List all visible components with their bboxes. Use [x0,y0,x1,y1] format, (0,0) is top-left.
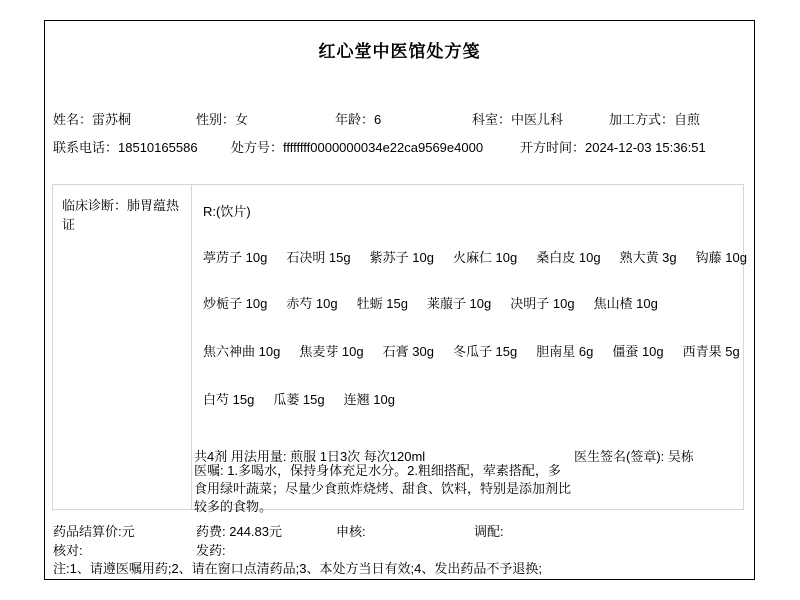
settle-price-label: 药品结算价: [53,524,122,539]
dispense-field: 发药: [196,540,226,559]
phone-label: 联系电话： [53,140,118,155]
processing-method: 加工方式：自煎 [609,109,700,128]
medicine-fee: 药费: 244.83元 [196,521,282,540]
medicine-line-1: 葶苈子 10g石决明 15g紫苏子 10g火麻仁 10g桑白皮 10g熟大黄 3… [203,247,766,266]
dispense-label: 发药: [196,543,226,558]
medicine-item: 石决明 15g [286,247,350,266]
processing-method-value: 自煎 [674,112,700,127]
patient-name-value: 雷苏桐 [92,112,131,127]
doctor-signature: 医生签名(签章): 吴栋 [574,446,694,465]
settle-price-value: 元 [122,524,135,539]
department: 科室：中医儿科 [472,109,563,128]
medicine-item: 莱菔子 10g [427,293,491,312]
medicine-fee-value: 244.83元 [226,524,282,539]
medicine-line-3: 焦六神曲 10g焦麦芽 10g石膏 30g冬瓜子 15g胆南星 6g僵蚕 10g… [203,341,759,360]
medicine-item: 焦六神曲 10g [203,341,280,360]
medicine-item: 连翘 10g [344,389,395,408]
patient-gender: 性别：女 [196,109,248,128]
prescription-number: 处方号：ffffffff0000000034e22ca9569e4000 [231,137,483,156]
doctor-signature-value: 吴栋 [668,449,694,464]
patient-age: 年龄：6 [335,109,381,128]
compound-field: 调配: [474,521,504,540]
table-column-divider [191,185,192,509]
patient-name: 姓名：雷苏桐 [53,109,131,128]
prescription-sheet: 红心堂中医馆处方笺 姓名：雷苏桐 性别：女 年龄：6 科室：中医儿科 加工方式：… [44,20,755,580]
clinical-diagnosis-label: 临床诊断： [62,198,127,213]
prescription-number-label: 处方号： [231,140,283,155]
review-label: 申核: [336,524,366,539]
prescription-table: 临床诊断：肺胃蕴热证 R:(饮片) 葶苈子 10g石决明 15g紫苏子 10g火… [52,184,744,510]
medicine-item: 白芍 15g [203,389,254,408]
clinical-diagnosis: 临床诊断：肺胃蕴热证 [62,197,184,235]
page-title: 红心堂中医馆处方笺 [45,37,754,62]
footer-notes: 注:1、请遵医嘱用药;2、请在窗口点清药品;3、本处方当日有效;4、发出药品不予… [53,558,748,577]
rx-header: R:(饮片) [203,201,251,220]
phone: 联系电话：18510165586 [53,137,198,156]
department-value: 中医儿科 [511,112,563,127]
compound-label: 调配: [474,524,504,539]
issue-time-label: 开方时间： [520,140,585,155]
patient-name-label: 姓名： [53,112,92,127]
medicine-item: 紫苏子 10g [370,247,434,266]
medicine-item: 牡蛎 15g [357,293,408,312]
medicine-fee-label: 药费: [196,524,226,539]
department-label: 科室： [472,112,511,127]
medical-advice-text: 1.多喝水，保持身体充足水分。2.粗细搭配，荤素搭配，多食用绿叶蔬菜；尽量少食煎… [194,463,571,514]
medicine-item: 钩藤 10g [696,247,747,266]
doctor-signature-label: 医生签名(签章): [574,449,664,464]
medicine-item: 冬瓜子 15g [453,341,517,360]
phone-value: 18510165586 [118,140,198,155]
settle-price: 药品结算价:元 [53,521,135,540]
issue-time-value: 2024-12-03 15:36:51 [585,140,706,155]
medicine-item: 炒栀子 10g [203,293,267,312]
medicine-item: 僵蚕 10g [612,341,663,360]
patient-age-label: 年龄： [335,112,374,127]
prescription-number-value: ffffffff0000000034e22ca9569e4000 [283,140,483,155]
medicine-item: 火麻仁 10g [453,247,517,266]
review-field: 申核: [336,521,366,540]
medicine-item: 焦麦芽 10g [299,341,363,360]
medicine-item: 桑白皮 10g [536,247,600,266]
check-label: 核对: [53,543,83,558]
medical-advice: 医嘱: 1.多喝水，保持身体充足水分。2.粗细搭配，荤素搭配，多食用绿叶蔬菜；尽… [194,462,572,516]
medicine-item: 赤芍 10g [286,293,337,312]
medicine-line-4: 白芍 15g瓜蒌 15g连翘 10g [203,389,414,408]
medicine-item: 焦山楂 10g [594,293,658,312]
medicine-item: 决明子 10g [510,293,574,312]
medicine-item: 葶苈子 10g [203,247,267,266]
medicine-line-2: 炒栀子 10g赤芍 10g牡蛎 15g莱菔子 10g决明子 10g焦山楂 10g [203,293,677,312]
medicine-item: 西青果 5g [683,341,740,360]
medicine-item: 胆南星 6g [536,341,593,360]
patient-gender-value: 女 [235,112,248,127]
issue-time: 开方时间：2024-12-03 15:36:51 [520,137,706,156]
patient-gender-label: 性别： [196,112,235,127]
patient-age-value: 6 [374,112,381,127]
medicine-item: 瓜蒌 15g [273,389,324,408]
check-field: 核对: [53,540,83,559]
medical-advice-label: 医嘱: [194,463,224,478]
processing-method-label: 加工方式： [609,112,674,127]
medicine-item: 熟大黄 3g [620,247,677,266]
medicine-item: 石膏 30g [383,341,434,360]
